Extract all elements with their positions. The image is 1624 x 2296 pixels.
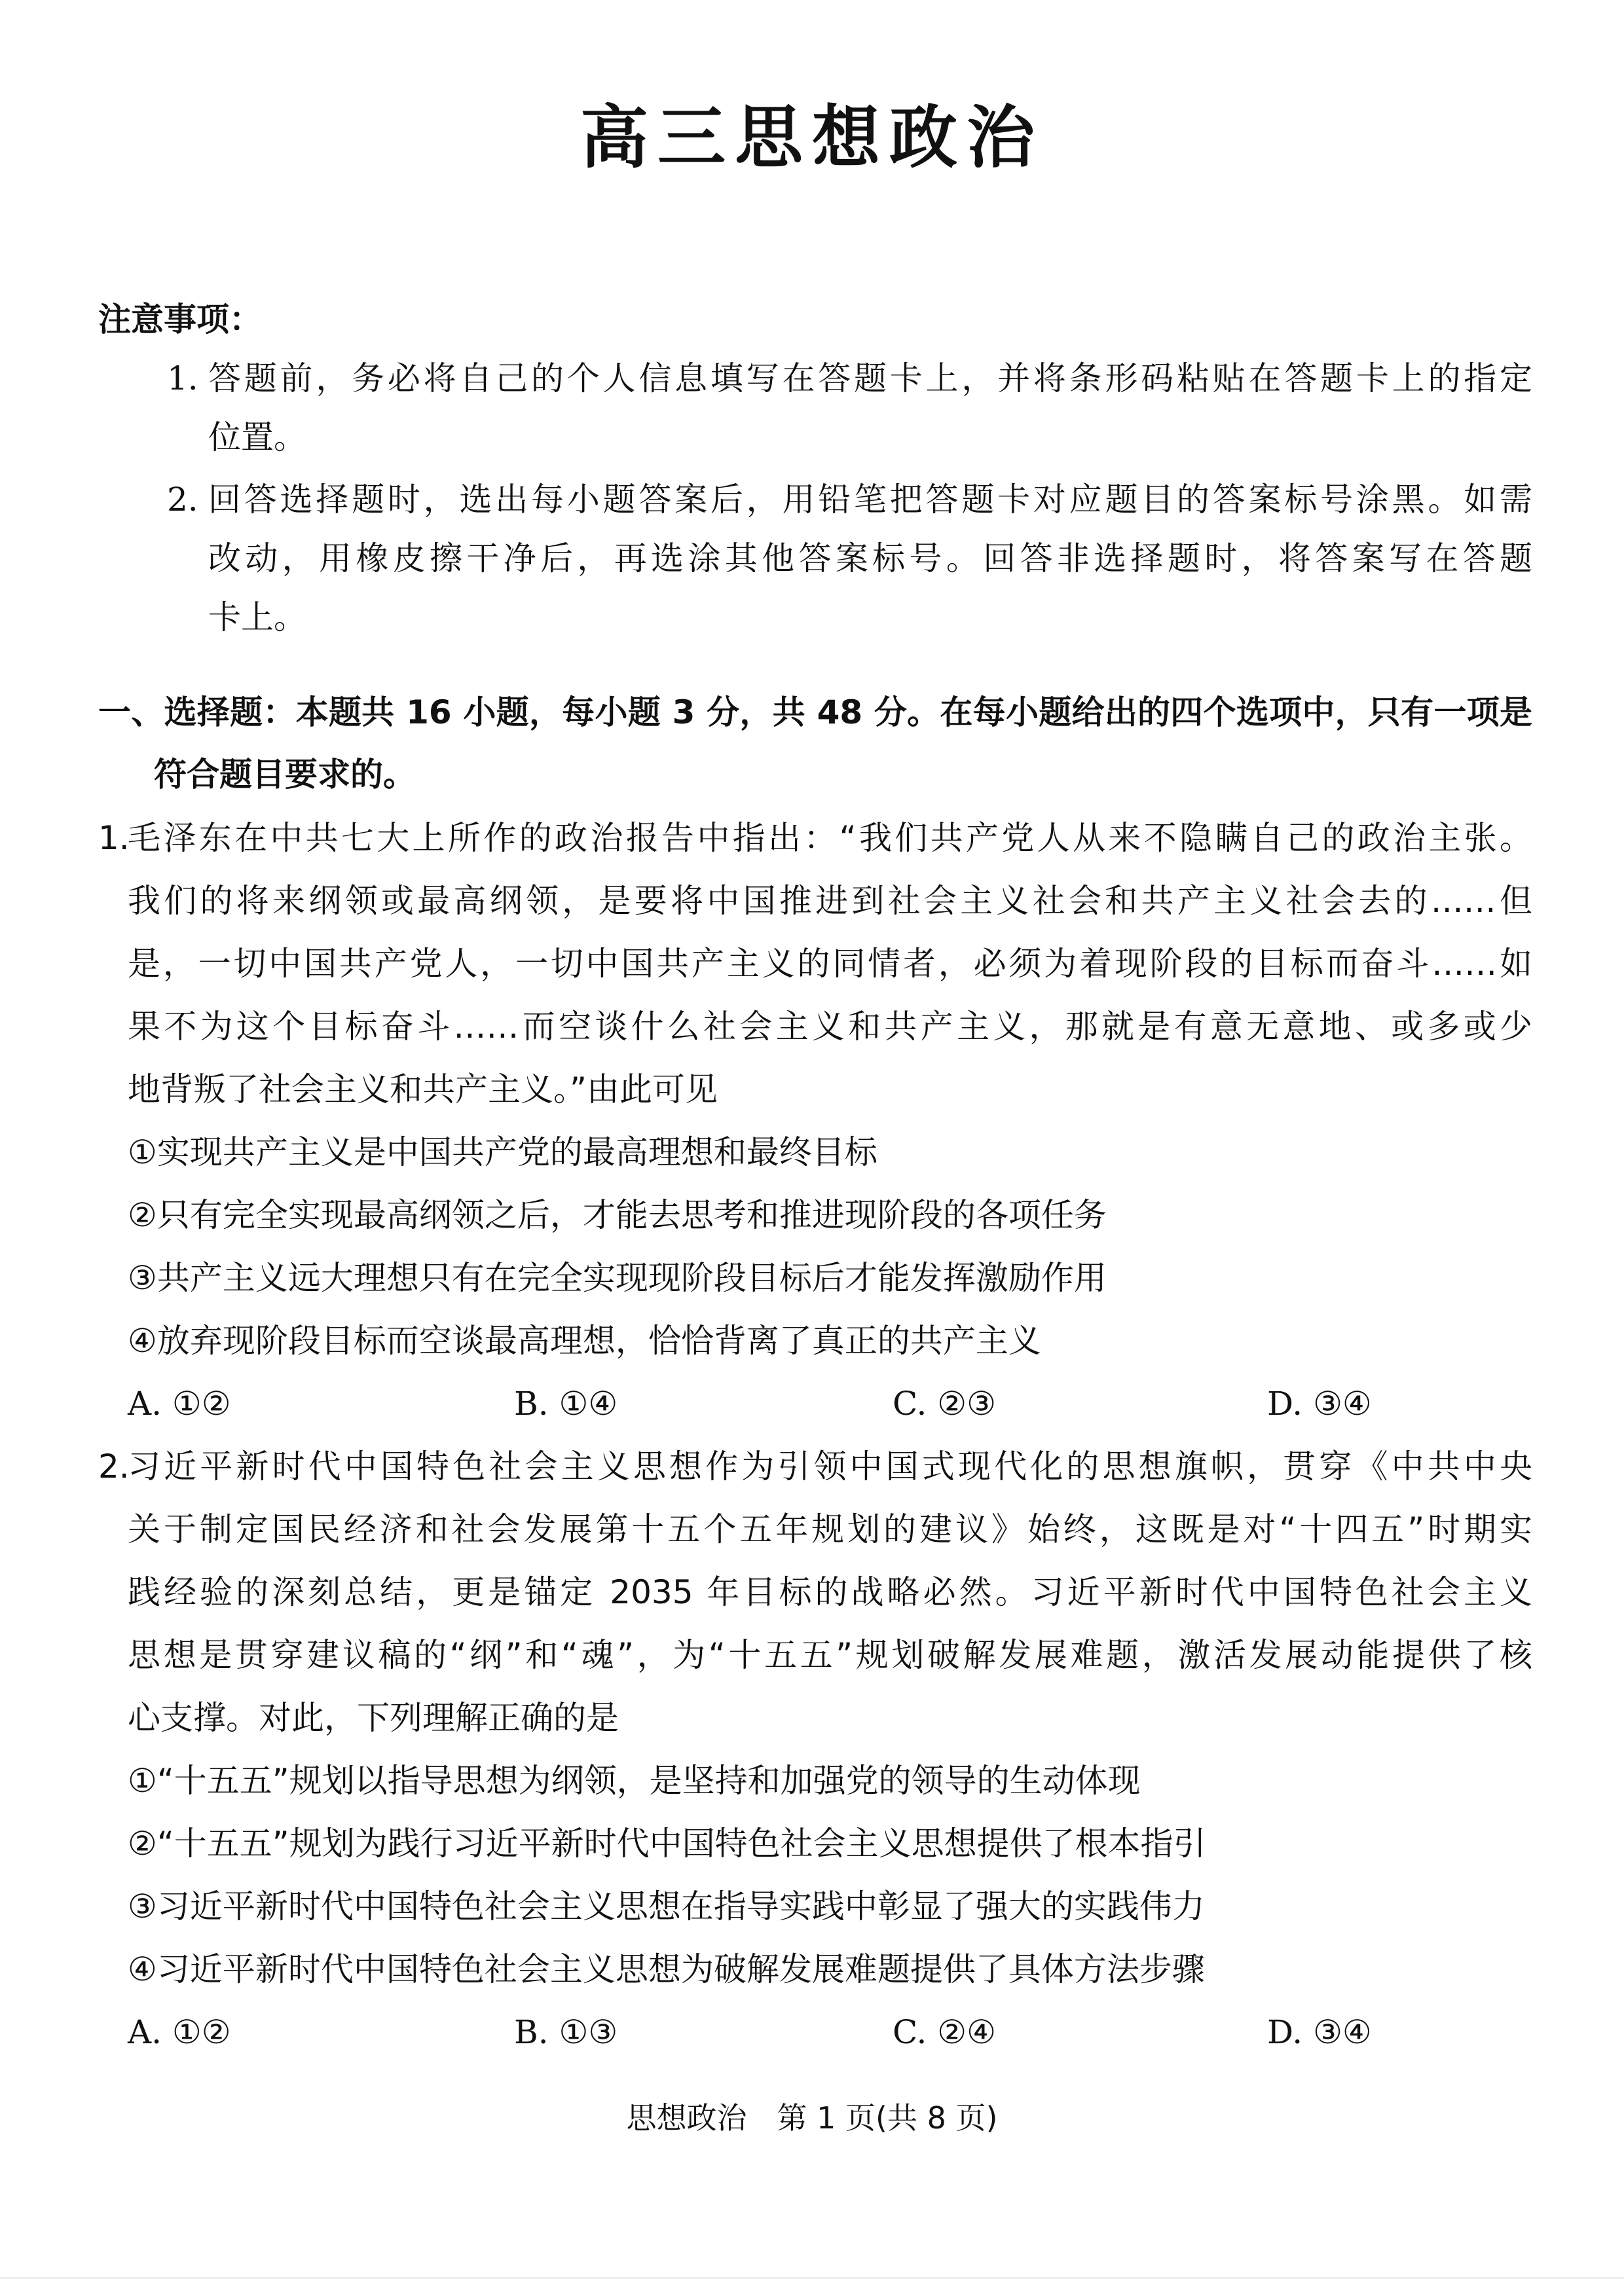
question-2-option-c[interactable]: C. ②④: [893, 2013, 996, 2052]
question-2-stem-line: 践经验的深刻总结，更是锚定 2035 年目标的战略必然。习近平新时代中国特色社会…: [128, 1573, 1532, 1612]
page-footer: 思想政治 第 1 页(共 8 页): [0, 2098, 1624, 2138]
question-2-statement-3: ③习近平新时代中国特色社会主义思想在指导实践中彰显了强大的实践伟力: [128, 1887, 1205, 1926]
question-2-statement-2: ②“十五五”规划为践行习近平新时代中国特色社会主义思想提供了根本指引: [128, 1824, 1206, 1863]
section-heading-line-2: 符合题目要求的。: [154, 755, 416, 794]
notes-item-1-number: 1.: [167, 359, 198, 398]
question-1-statement-1: ①实现共产主义是中国共产党的最高理想和最终目标: [128, 1133, 877, 1172]
question-1-stem-line: 我们的将来纲领或最高纲领，是要将中国推进到社会主义社会和共产主义社会去的……但: [128, 881, 1532, 920]
notes-item-2-number: 2.: [167, 480, 198, 519]
question-2-option-b[interactable]: B. ①③: [514, 2013, 618, 2052]
question-1-option-b[interactable]: B. ①④: [514, 1384, 618, 1423]
question-2-stem-line: 心支撑。对此，下列理解正确的是: [128, 1698, 619, 1738]
notes-item-1-line-1: 答题前，务必将自己的个人信息填写在答题卡上，并将条形码粘贴在答题卡上的指定: [208, 359, 1532, 398]
notes-item-2-line-2: 改动，用橡皮擦干净后，再选涂其他答案标号。回答非选择题时，将答案写在答题: [208, 539, 1532, 578]
question-2-stem-line: 关于制定国民经济和社会发展第十五个五年规划的建议》始终，这既是对“十四五”时期实: [128, 1510, 1532, 1549]
question-2-number: 2.: [98, 1447, 130, 1486]
question-1-options: A. ①② B. ①④ C. ②③ D. ③④: [128, 1384, 1529, 1423]
question-1-statement-2: ②只有完全实现最高纲领之后，才能去思考和推进现阶段的各项任务: [128, 1195, 1107, 1235]
question-2-statement-4: ④习近平新时代中国特色社会主义思想为破解发展难题提供了具体方法步骤: [128, 1950, 1205, 1989]
section-heading-line-1: 一、选择题：本题共 16 小题，每小题 3 分，共 48 分。在每小题给出的四个…: [98, 693, 1532, 732]
question-1-statement-3: ③共产主义远大理想只有在完全实现现阶段目标后才能发挥激励作用: [128, 1258, 1107, 1298]
question-2-option-a[interactable]: A. ①②: [128, 2013, 231, 2052]
question-1-option-c[interactable]: C. ②③: [893, 1384, 996, 1423]
question-1-number: 1.: [98, 818, 130, 858]
question-1-stem-line: 地背叛了社会主义和共产主义。”由此可见: [128, 1070, 718, 1109]
notes-item-2-line-3: 卡上。: [208, 598, 306, 637]
question-2-stem-line: 思想是贯穿建议稿的“纲”和“魂”，为“十五五”规划破解发展难题，激活发展动能提供…: [128, 1635, 1532, 1675]
question-2-options: A. ①② B. ①③ C. ②④ D. ③④: [128, 2013, 1529, 2052]
question-2-option-d[interactable]: D. ③④: [1267, 2013, 1372, 2052]
page-bottom-edge: [0, 2277, 1624, 2279]
question-1-option-d[interactable]: D. ③④: [1267, 1384, 1372, 1423]
question-2-stem-line: 习近平新时代中国特色社会主义思想作为引领中国式现代化的思想旗帜，贯穿《中共中央: [128, 1447, 1532, 1486]
notes-item-2-line-1: 回答选择题时，选出每小题答案后，用铅笔把答题卡对应题目的答案标号涂黑。如需: [208, 480, 1532, 519]
question-1-stem-line: 是，一切中国共产党人，一切中国共产主义的同情者，必须为着现阶段的目标而奋斗……如: [128, 944, 1532, 983]
page-title: 高三思想政治: [0, 98, 1624, 177]
question-1-option-a[interactable]: A. ①②: [128, 1384, 231, 1423]
notes-heading: 注意事项：: [98, 300, 262, 339]
question-1-stem-line: 毛泽东在中共七大上所作的政治报告中指出：“我们共产党人从来不隐瞒自己的政治主张。: [128, 818, 1532, 858]
question-1-statement-4: ④放弃现阶段目标而空谈最高理想，恰恰背离了真正的共产主义: [128, 1321, 1041, 1360]
question-1-stem-line: 果不为这个目标奋斗……而空谈什么社会主义和共产主义，那就是有意无意地、或多或少: [128, 1007, 1532, 1046]
notes-item-1-line-2: 位置。: [208, 418, 306, 457]
question-2-statement-1: ①“十五五”规划以指导思想为纲领，是坚持和加强党的领导的生动体现: [128, 1761, 1141, 1800]
